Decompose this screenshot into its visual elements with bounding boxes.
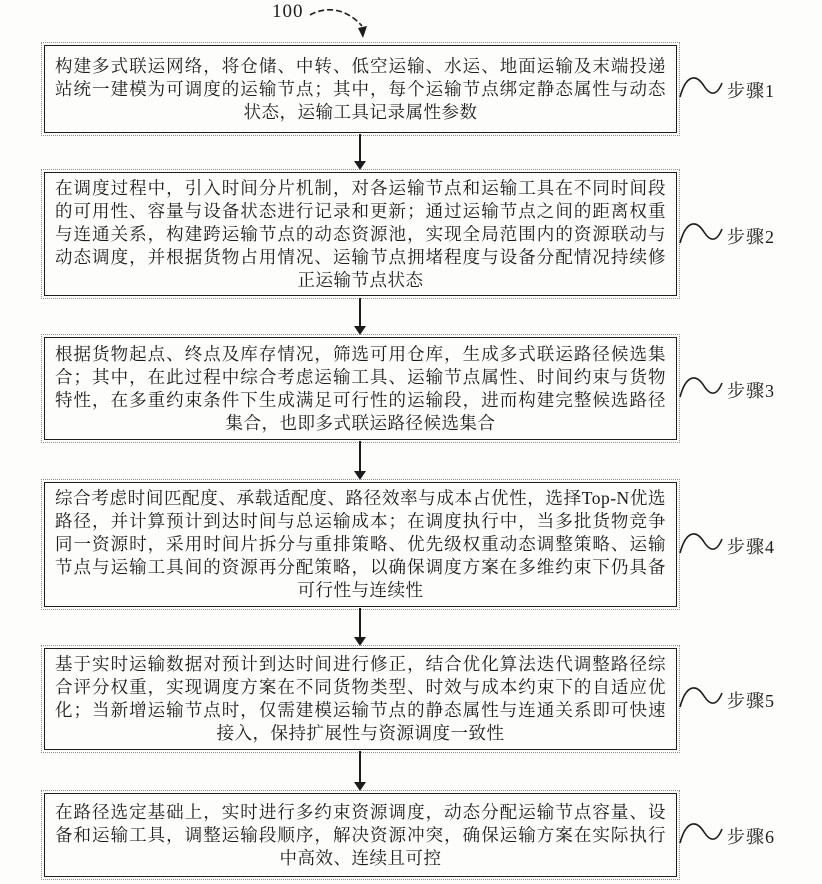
wavy-line-icon — [678, 681, 724, 717]
wavy-line-icon — [678, 371, 724, 407]
step-box-6: 在路径选定基础上，实时进行多约束资源调度，动态分配运输节点容量、设备和运输工具，… — [44, 793, 677, 877]
step-label-1: 步骤1 — [727, 77, 807, 103]
down-arrow-icon — [359, 441, 361, 472]
down-arrow-icon — [359, 751, 361, 783]
step-text-3: 根据货物起点、终点及库存情况，筛选可用仓库，生成多式联运路径候选集合；其中，在此… — [55, 343, 666, 435]
step-label-2: 步骤2 — [727, 223, 807, 249]
curved-down-arrow-icon — [306, 4, 378, 44]
wavy-line-icon — [678, 527, 724, 563]
wavy-line-icon — [678, 817, 724, 853]
down-arrow-icon — [359, 134, 361, 162]
step-label-6: 步骤6 — [727, 823, 807, 849]
step-text-4: 综合考虑时间匹配度、承载适配度、路径效率与成本占优性，选择Top-N优选路径，并… — [55, 487, 666, 602]
step-box-2: 在调度过程中，引入时间分片机制，对各运输节点和运输工具在不同时间段的可用性、容量… — [44, 172, 677, 296]
step-text-1: 构建多式联运网络，将仓储、中转、低空运输、水运、地面运输及末端投递站统一建模为可… — [55, 55, 666, 124]
down-arrow-icon — [359, 298, 361, 327]
step-box-3: 根据货物起点、终点及库存情况，筛选可用仓库，生成多式联运路径候选集合；其中，在此… — [44, 337, 677, 440]
patent-flowchart-figure: 100 构建多式联运网络，将仓储、中转、低空运输、水运、地面运输及末端投递站统一… — [0, 0, 822, 884]
step-box-4: 综合考虑时间匹配度、承载适配度、路径效率与成本占优性，选择Top-N优选路径，并… — [44, 482, 677, 607]
down-arrow-icon — [359, 608, 361, 638]
step-text-2: 在调度过程中，引入时间分片机制，对各运输节点和运输工具在不同时间段的可用性、容量… — [55, 177, 666, 292]
step-label-5: 步骤5 — [727, 687, 807, 713]
step-label-4: 步骤4 — [727, 533, 807, 559]
wavy-line-icon — [678, 71, 724, 107]
step-label-3: 步骤3 — [727, 377, 807, 403]
step-box-1: 构建多式联运网络，将仓储、中转、低空运输、水运、地面运输及末端投递站统一建模为可… — [44, 45, 677, 133]
wavy-line-icon — [678, 217, 724, 253]
figure-reference-label: 100 — [272, 1, 304, 23]
step-text-6: 在路径选定基础上，实时进行多约束资源调度，动态分配运输节点容量、设备和运输工具，… — [55, 801, 666, 870]
step-text-5: 基于实时运输数据对预计到达时间进行修正，结合优化算法迭代调整路径综合评分权重，实… — [55, 653, 666, 745]
step-box-5: 基于实时运输数据对预计到达时间进行修正，结合优化算法迭代调整路径综合评分权重，实… — [44, 648, 677, 750]
